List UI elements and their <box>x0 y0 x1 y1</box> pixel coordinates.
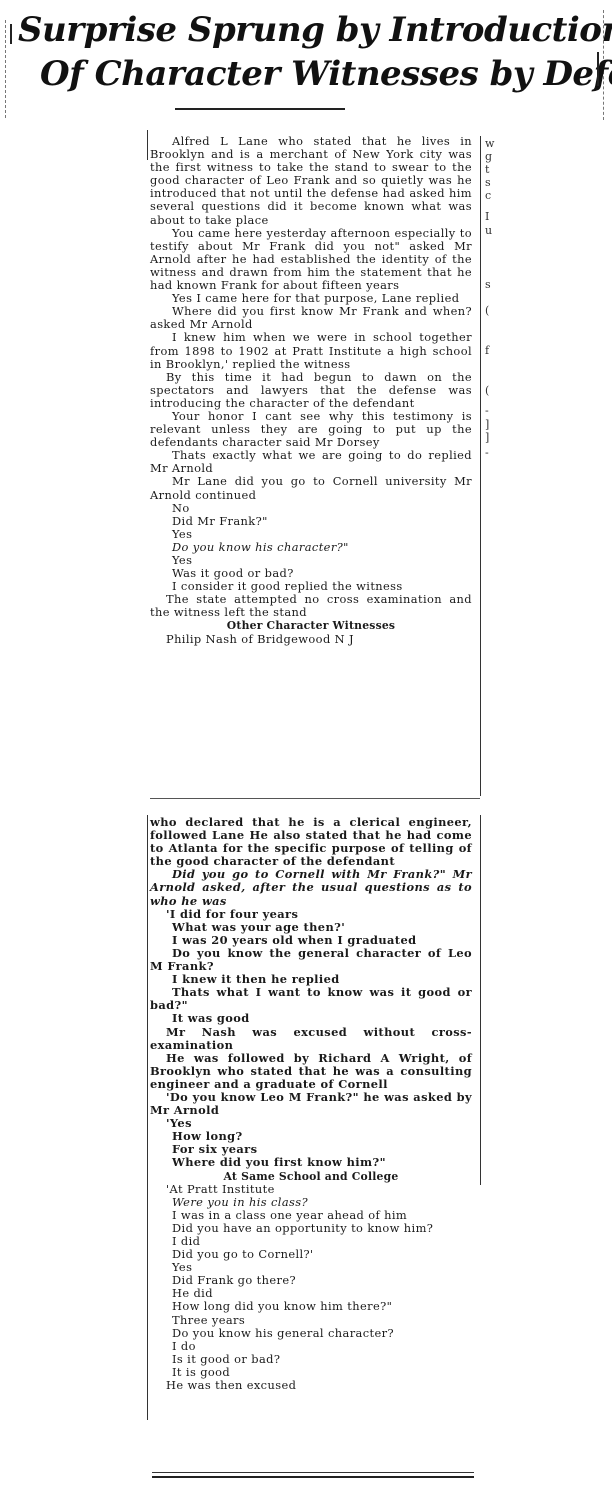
paragraph: 'Do you know Leo M Frank?" he was asked … <box>150 1091 472 1117</box>
paragraph: Do you know the general character of Leo… <box>150 947 472 973</box>
article-body-part-2: who declared that he is a clerical engin… <box>150 816 472 1392</box>
adjacent-column-fragment: f <box>485 344 489 357</box>
adjacent-column-fragment: ( <box>485 304 489 317</box>
paragraph: Mr Lane did you go to Cornell university… <box>150 475 472 501</box>
adjacent-column-fragment: w <box>485 137 494 150</box>
paragraph: Where did you first know Mr Frank and wh… <box>150 305 472 331</box>
adjacent-column-fragment: I <box>485 210 489 223</box>
column-rule <box>147 130 148 160</box>
paragraph: Thats exactly what we are going to do re… <box>150 449 472 475</box>
subheading: Other Character Witnesses <box>150 619 472 632</box>
column-rule <box>480 136 481 796</box>
adjacent-column-fragment: s <box>485 278 491 291</box>
paragraph: Were you in his class? <box>150 1196 472 1209</box>
headline-line-2: Of Character Witnesses by Defense <box>40 54 612 94</box>
adjacent-column-fragment: g <box>485 150 492 163</box>
paragraph: Thats what I want to know was it good or… <box>150 986 472 1012</box>
paragraph: I was 20 years old when I graduated <box>150 934 472 947</box>
column-break-rule <box>150 798 480 799</box>
article-body-part-1: Alfred L Lane who stated that he lives i… <box>150 135 472 646</box>
paragraph: Did you go to Cornell?' <box>150 1248 472 1261</box>
paragraph: Alfred L Lane who stated that he lives i… <box>150 135 472 227</box>
paragraph: I do <box>150 1340 472 1353</box>
paragraph: Mr Nash was excused without cross-examin… <box>150 1026 472 1052</box>
subheading: At Same School and College <box>150 1170 472 1183</box>
adjacent-column-fragment: ] <box>485 418 489 431</box>
adjacent-column-fragment: s <box>485 176 491 189</box>
headline-divider <box>175 108 345 110</box>
end-rule <box>152 1476 474 1478</box>
paragraph: Where did you first know him?" <box>150 1156 472 1169</box>
paragraph: Three years <box>150 1314 472 1327</box>
paragraph: Did Mr Frank?" <box>150 515 472 528</box>
column-rule <box>147 815 148 1420</box>
paragraph: By this time it had begun to dawn on the… <box>150 371 472 410</box>
adjacent-column-fragment: ] <box>485 431 489 444</box>
newspaper-clipping: Surprise Sprung by Introduction Of Chara… <box>0 0 612 1492</box>
paragraph: Do you know his general character? <box>150 1327 472 1340</box>
column-rule <box>480 815 481 1185</box>
paragraph: He was then excused <box>150 1379 472 1392</box>
paragraph: How long did you know him there?" <box>150 1300 472 1313</box>
paragraph: Your honor I cant see why this testimony… <box>150 410 472 449</box>
adjacent-column-fragment: u <box>485 224 492 237</box>
adjacent-column-fragment: - <box>485 404 489 417</box>
paragraph: Did you go to Cornell with Mr Frank?" Mr… <box>150 868 472 907</box>
paragraph: You came here yesterday afternoon especi… <box>150 227 472 292</box>
end-rule <box>152 1472 474 1473</box>
paragraph: No <box>150 502 472 515</box>
paragraph: I knew him when we were in school togeth… <box>150 331 472 370</box>
paragraph: Philip Nash of Bridgewood N J <box>150 633 472 646</box>
adjacent-column-fragment: c <box>485 189 491 202</box>
paragraph: The state attempted no cross examination… <box>150 593 472 619</box>
adjacent-column-fragment: ( <box>485 384 489 397</box>
paragraph: It was good <box>150 1012 472 1025</box>
column-rule-left <box>5 20 6 118</box>
paragraph: 'I did for four years <box>150 908 472 921</box>
headline-bar-left <box>10 24 12 44</box>
adjacent-column-fragment: t <box>485 163 489 176</box>
paragraph: Yes <box>150 528 472 541</box>
paragraph: Do you know his character?" <box>150 541 472 554</box>
paragraph: What was your age then?' <box>150 921 472 934</box>
paragraph: 'At Pratt Institute <box>150 1183 472 1196</box>
paragraph: Is it good or bad? <box>150 1353 472 1366</box>
paragraph: He was followed by Richard A Wright, of … <box>150 1052 472 1091</box>
headline-bar-right <box>597 52 599 86</box>
paragraph: I was in a class one year ahead of him <box>150 1209 472 1222</box>
headline-line-1: Surprise Sprung by Introduction <box>18 10 612 50</box>
paragraph: who declared that he is a clerical engin… <box>150 816 472 868</box>
adjacent-column-fragment: - <box>485 446 489 459</box>
